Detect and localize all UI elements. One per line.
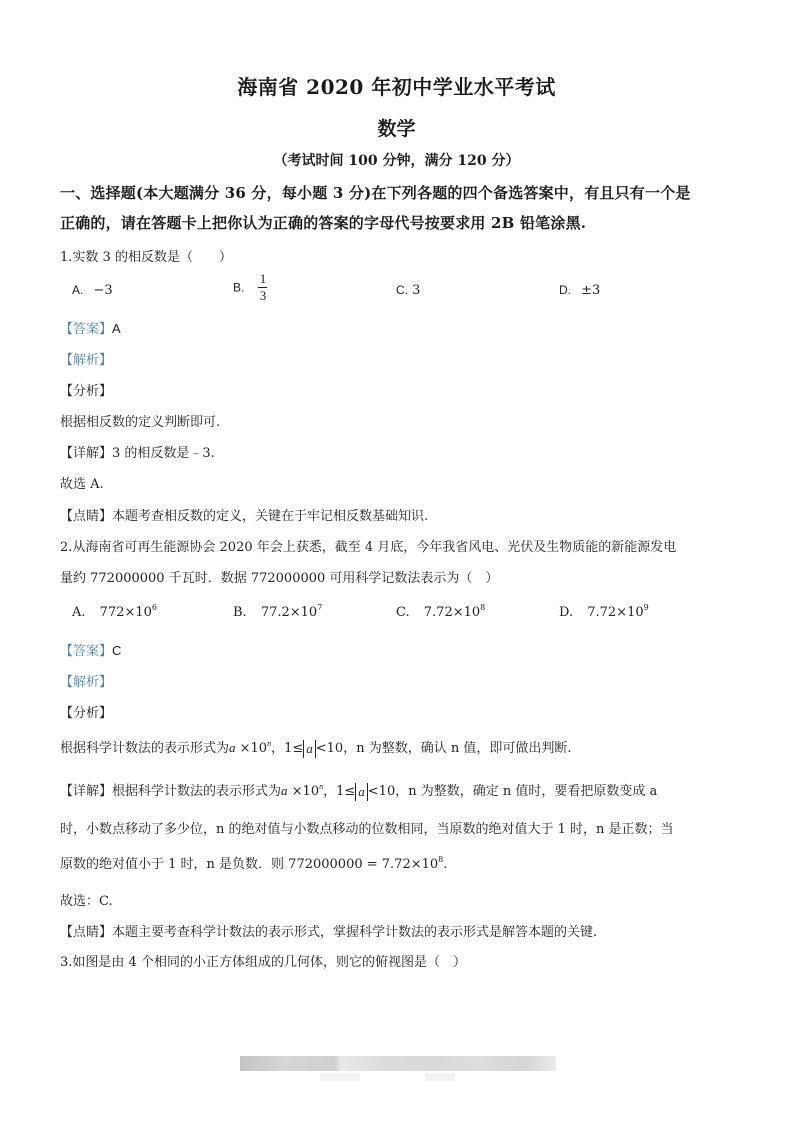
q2-detail-line-1: 【详解】根据科学计数法的表示形式为a ×10n，1≤a<10，n 为整数，确定 …: [60, 780, 657, 801]
q2-option-d: D. 7.72×109: [559, 603, 649, 620]
q2-stem-line-2: 量约 772000000 千瓦时．数据 772000000 可用科学记数法表示为…: [60, 567, 498, 586]
q2-detail-line-3: 原数的绝对值小于 1 时，n 是负数．则 772000000 = 7.72×10…: [60, 853, 447, 872]
q2-fenxi-text: 根据科学计数法的表示形式为a ×10n，1≤a<10，n 为整数，确认 n 值，…: [60, 737, 571, 758]
exam-title: 海南省 2020 年初中学业水平考试: [0, 71, 793, 100]
q1-conclusion: 故选 A.: [60, 473, 104, 492]
q2-option-a: A. 772×106: [72, 603, 157, 620]
section-instruction-line-2: 正确的，请在答题卡上把你认为正确的答案的字母代号按要求用 2B 铅笔涂黑.: [60, 212, 586, 233]
q1-option-d: D. ±3: [559, 283, 600, 298]
blurred-footer-mark: [425, 1073, 455, 1081]
absolute-value: a: [303, 740, 316, 758]
section-instruction-line-1: 一、选择题(本大题满分 36 分，每小题 3 分)在下列各题的四个备选答案中，有…: [60, 182, 691, 203]
q2-detail-line-2: 时，小数点移动了多少位，n 的绝对值与小数点移动的位数相同，当原数的绝对值大于 …: [60, 818, 674, 837]
absolute-value: a: [355, 783, 368, 801]
q1-option-b: B. 1 3: [233, 272, 267, 303]
blurred-footer-mark: [320, 1073, 360, 1081]
q2-option-b: B. 77.2×107: [233, 603, 322, 620]
q2-fenxi-label: 【分析】: [60, 702, 112, 721]
q2-analysis-label: 【解析】: [60, 671, 112, 690]
exam-info: （考试时间 100 分钟，满分 120 分）: [0, 150, 793, 170]
q1-fenxi-text: 根据相反数的定义判断即可.: [60, 411, 220, 430]
q1-analysis-label: 【解析】: [60, 349, 112, 368]
q1-option-c: C. 3: [396, 283, 420, 298]
fraction: 1 3: [258, 272, 267, 303]
q1-option-a: A. −3: [72, 283, 113, 298]
q2-stem-line-1: 2.从海南省可再生能源协会 2020 年会上获悉，截至 4 月底，今年我省风电、…: [60, 536, 676, 555]
subject-title: 数学: [0, 114, 793, 141]
q1-fenxi-label: 【分析】: [60, 380, 112, 399]
q1-comment: 【点睛】本题考查相反数的定义，关键在于牢记相反数基础知识.: [60, 505, 428, 524]
q2-option-c: C. 7.72×108: [396, 603, 485, 620]
q1-answer: 【答案】A: [60, 318, 121, 337]
blurred-footer-watermark: [240, 1056, 556, 1071]
q2-comment: 【点睛】本题主要考查科学计数法的表示形式，掌握科学计数法的表示形式是解答本题的关…: [60, 921, 597, 940]
q2-conclusion: 故选：C.: [60, 890, 113, 909]
q1-detail: 【详解】3 的相反数是﹣3.: [60, 442, 215, 461]
q1-stem: 1.实数 3 的相反数是（ ）: [60, 246, 232, 265]
q3-stem: 3.如图是由 4 个相同的小正方体组成的几何体，则它的俯视图是（ ）: [60, 951, 466, 970]
q2-answer: 【答案】C: [60, 640, 121, 659]
